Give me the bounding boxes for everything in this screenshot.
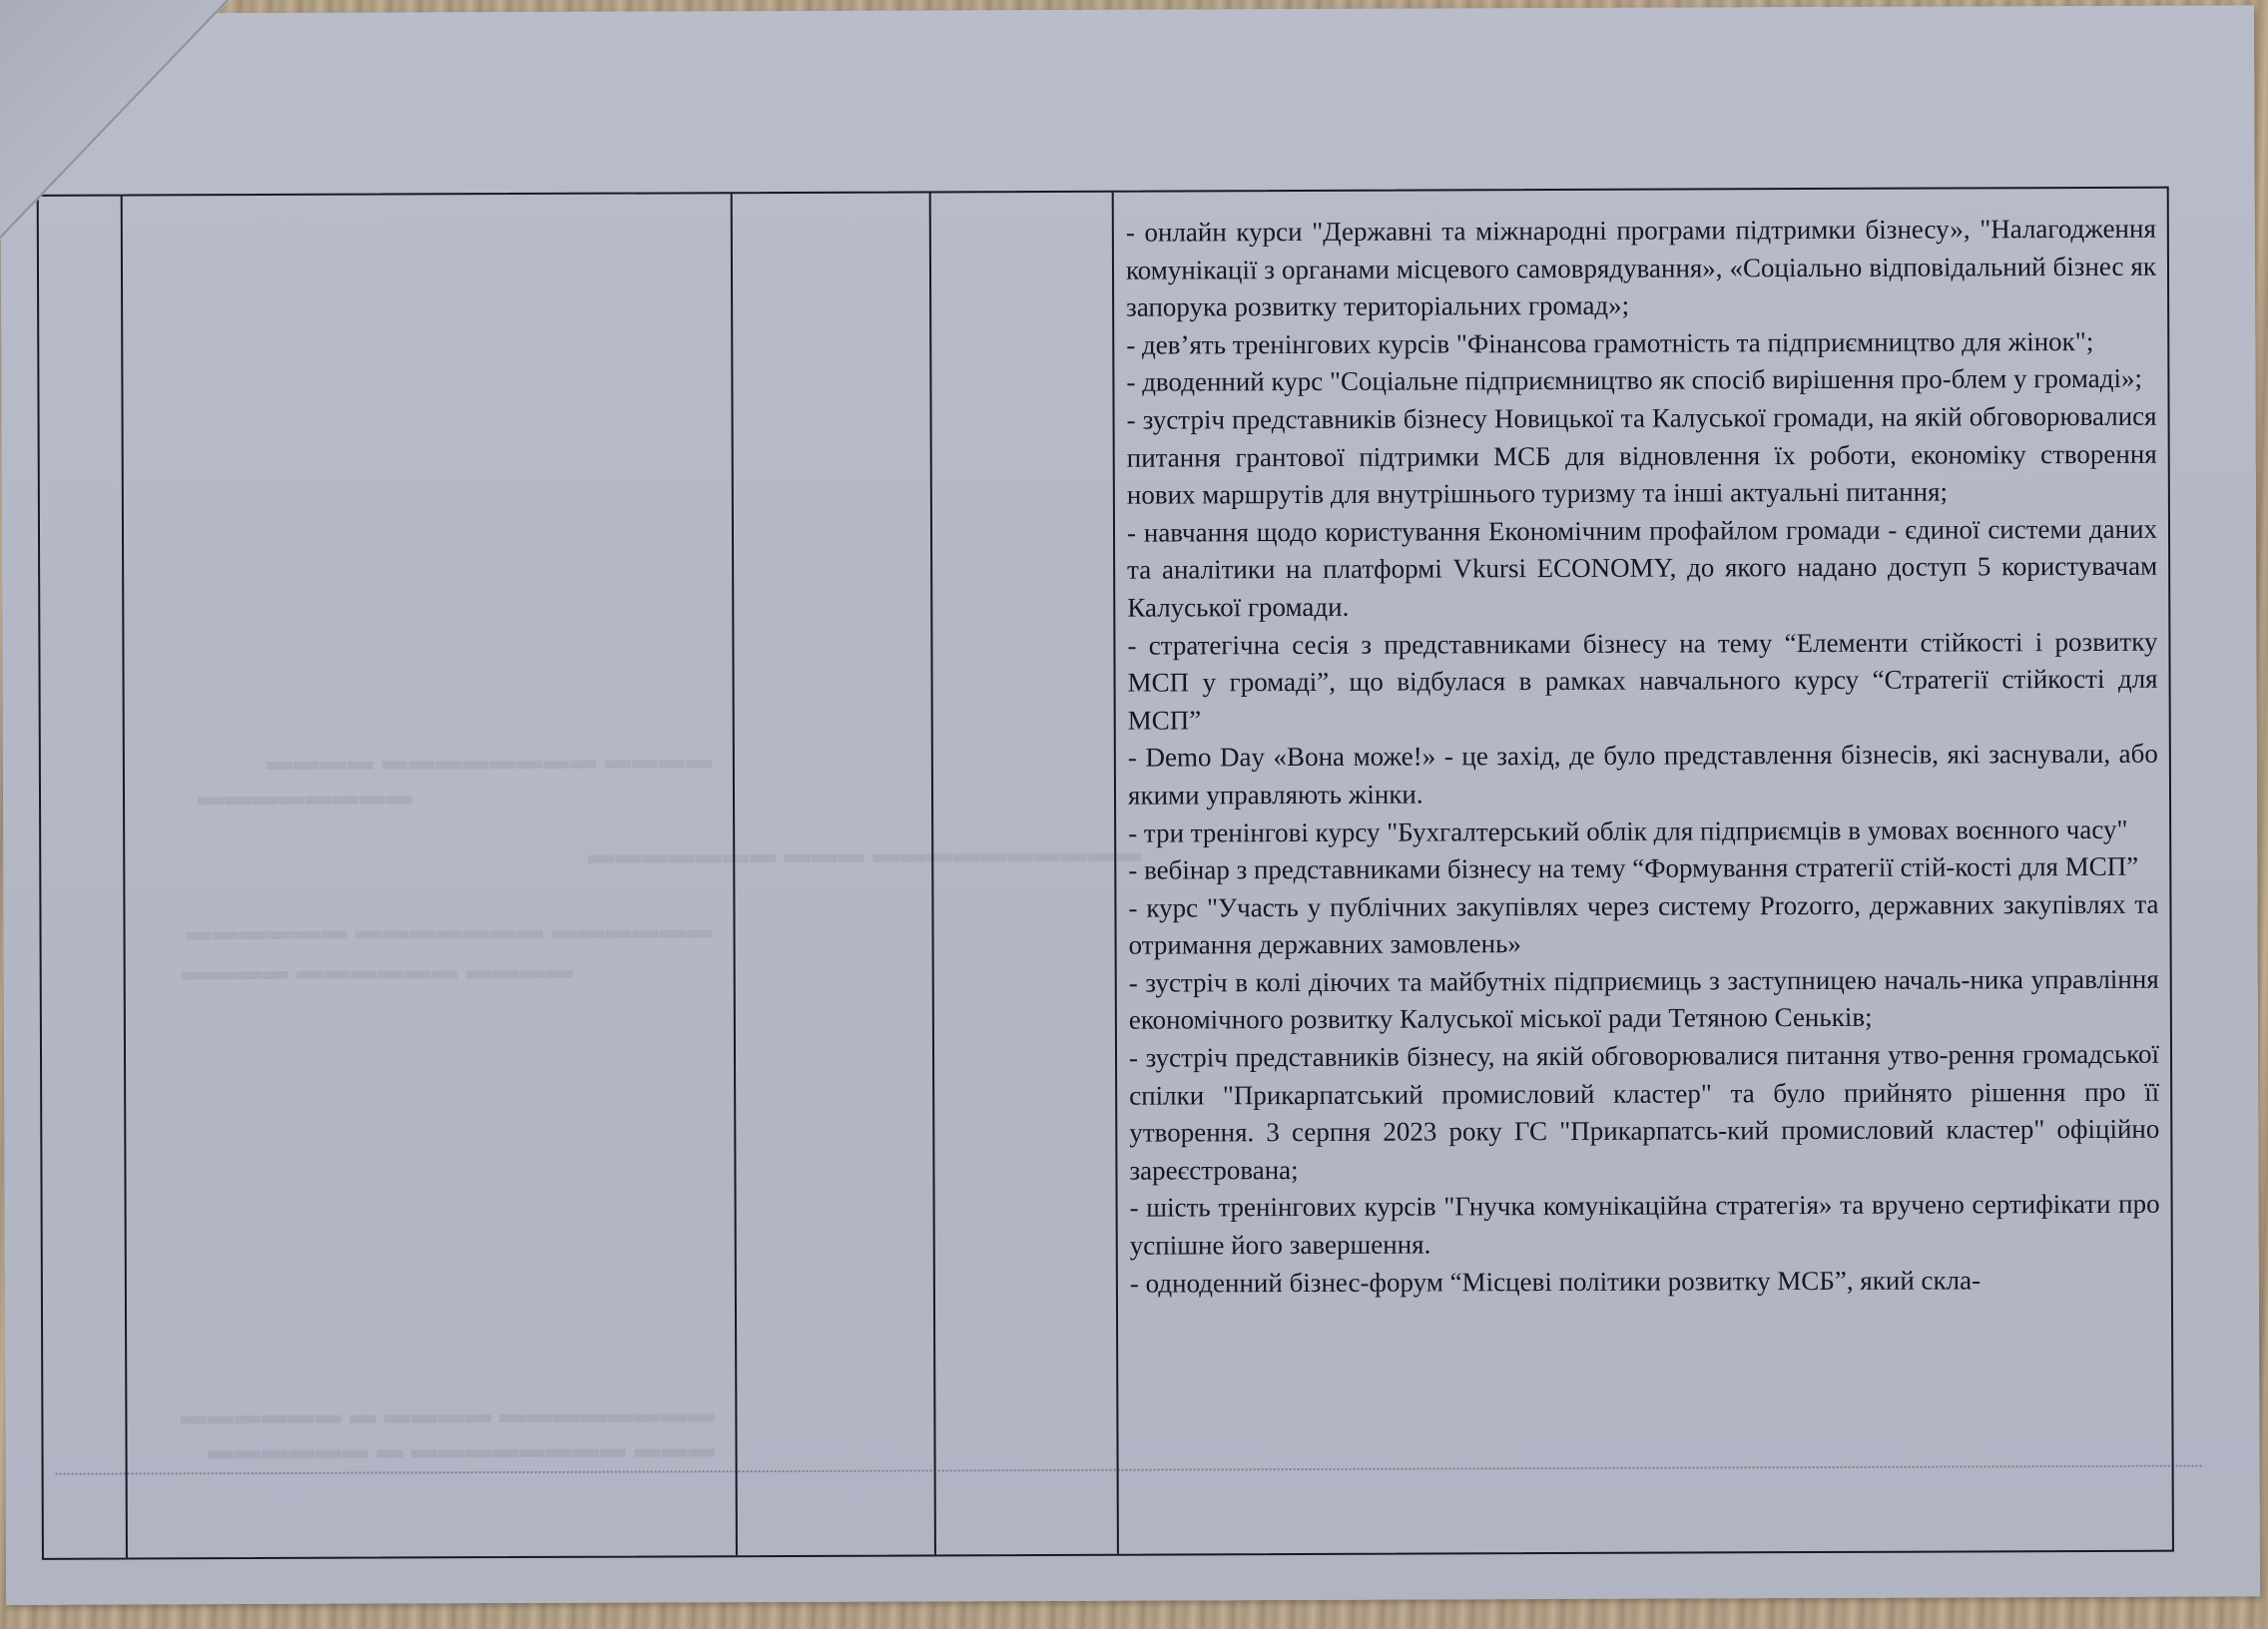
activity-item: - зустріч представників бізнесу, на якій… xyxy=(1129,1036,2160,1190)
activity-item: - Demo Day «Вона може!» - це захід, де б… xyxy=(1128,736,2158,814)
activity-item: - зустріч в колі діючих та майбутніх під… xyxy=(1129,961,2159,1040)
activity-item: - курс "Участь у публічних закупівлях че… xyxy=(1128,885,2158,964)
column-divider-3 xyxy=(929,193,936,1554)
column-divider-2 xyxy=(731,194,738,1555)
activity-item: - вебінар з представниками бізнесу на те… xyxy=(1128,848,2158,890)
activity-item: - дводенний курс "Соціальне підприємницт… xyxy=(1126,360,2156,402)
activity-item: - зустріч представників бізнесу Новицько… xyxy=(1127,398,2157,515)
column-divider-1 xyxy=(121,197,128,1558)
paper-page: ▬▬▬▬ ▬▬▬▬▬▬▬▬ ▬▬▬▬ ▬▬▬▬▬▬▬▬ ▬▬▬▬▬▬▬▬▬▬ ▬… xyxy=(0,5,2260,1605)
activity-item: - дев’ять тренінгових курсів "Фінансова … xyxy=(1126,322,2156,364)
table: - онлайн курси "Державні та міжнародні п… xyxy=(37,187,2174,1560)
activity-item: - шість тренінгових курсів "Гнучка комун… xyxy=(1130,1186,2160,1265)
activity-item: - онлайн курси "Державні та міжнародні п… xyxy=(1126,211,2156,327)
activities-cell: - онлайн курси "Державні та міжнародні п… xyxy=(1126,211,2160,1303)
activity-item: - одноденний бізнес-форум “Місцеві політ… xyxy=(1130,1261,2160,1303)
activity-item: - три тренінгові курсу "Бухгалтерський о… xyxy=(1128,811,2158,852)
activity-item: - стратегічна сесія з представниками біз… xyxy=(1127,623,2157,740)
activity-item: - навчання щодо користування Економічним… xyxy=(1127,510,2157,627)
column-divider-4 xyxy=(1112,193,1119,1554)
